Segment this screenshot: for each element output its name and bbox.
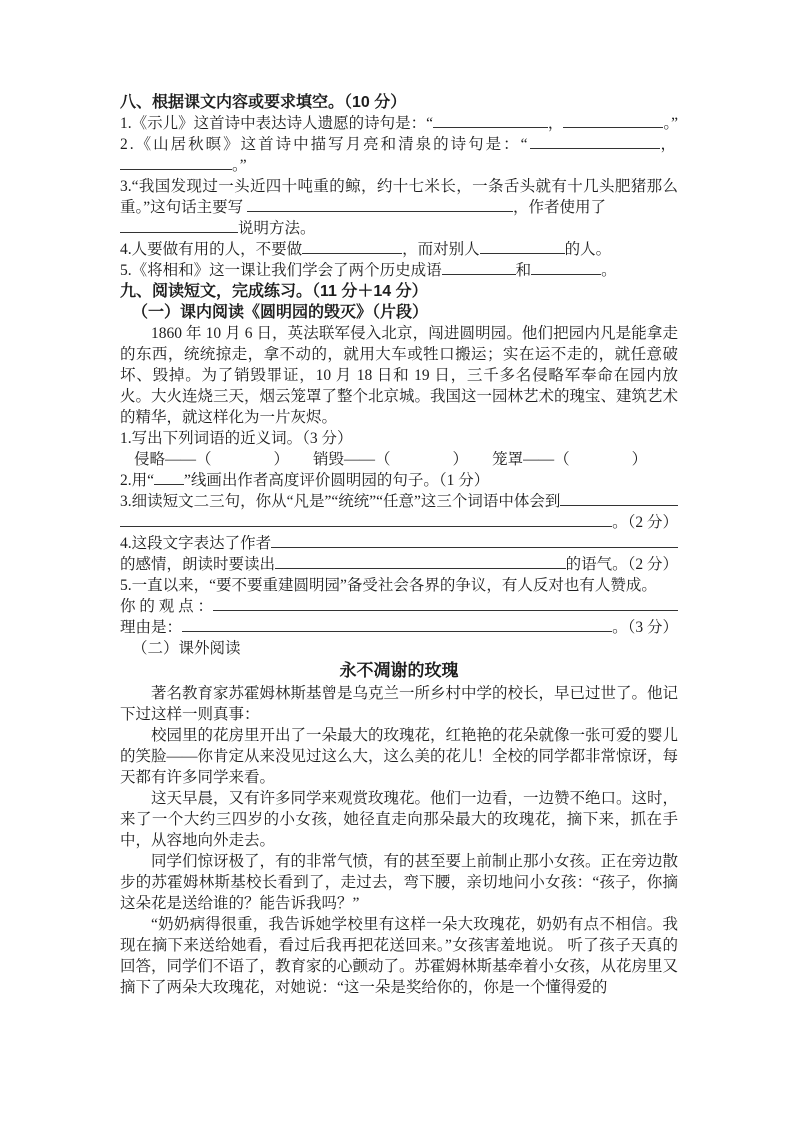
rq1-synonyms: 1.写出下列词语的近义词。（3 分） — [120, 428, 678, 449]
yuanmingyuan-paragraph: 1860 年 10 月 6 日，英法联军侵入北京，闯进圆明园。他们把园内凡是能拿… — [120, 323, 678, 428]
fill-in-blank — [182, 618, 612, 632]
text-run: 的人。 — [565, 241, 612, 258]
text-run: 4.这段文字表达了作者 — [120, 533, 271, 554]
text-run: （一）课内阅读《圆明园的毁灭》（片段） — [132, 304, 428, 321]
text-run: 你 的 观 点 ： — [120, 596, 213, 617]
rose-para-3: 这天早晨，又有许多同学来观赏玫瑰花。他们一边看，一边赞不绝口。这时，来了一个大约… — [120, 788, 678, 851]
rq4-feeling-line1: 4.这段文字表达了作者 — [120, 533, 678, 554]
text-run: ， — [548, 113, 564, 134]
fill-in-blank — [271, 534, 678, 548]
q4-useful-person: 4.人要做有用的人，不要做，而对别人的人。 — [120, 239, 678, 260]
text-run: 3.细读短文二三句，你从“凡是”“统统”“任意”这三个词语中体会到 — [120, 491, 560, 512]
text-run: 八、根据课文内容或要求填空。（10 分） — [120, 94, 406, 111]
text-run: 销毁——（ — [313, 451, 391, 468]
text-run: 侵略——（ — [134, 451, 212, 468]
rq1-synonym-pairs: 侵略——（）销毁——（）笼罩——（） — [120, 449, 678, 470]
fill-in-blank — [120, 513, 612, 527]
text-run: ， — [660, 134, 678, 155]
rose-para-4: 同学们惊讶极了，有的非常气愤，有的甚至要上前制止那小女孩。正在旁边散步的苏霍姆林… — [120, 851, 678, 914]
text-run: “奶奶病得很重，我告诉她学校里有这样一朵大玫瑰花，奶奶有点不相信。我现在摘下来送… — [120, 916, 678, 996]
fill-in-blank — [154, 472, 184, 485]
text-run: 九、阅读短文，完成练习。（11 分＋14 分） — [120, 283, 428, 300]
rq2-underline-sentence: 2.用“”线画出作者高度评价圆明园的句子。（1 分） — [120, 470, 678, 491]
text-run: 和 — [516, 262, 532, 279]
fill-in-blank — [531, 262, 601, 275]
fill-in-blank — [120, 220, 238, 233]
fill-in-blank — [247, 199, 513, 212]
text-run: 1.《示儿》这首诗中表达诗人遗愿的诗句是：“ — [120, 113, 433, 134]
text-run: ） — [274, 451, 290, 468]
fill-in-blank — [433, 114, 548, 128]
rq5-reason: 理由是： 。（3 分） — [120, 617, 678, 638]
fill-in-blank — [302, 241, 402, 254]
text-run: 的感情，朗读时要读出 — [120, 554, 275, 575]
text-run: 著名教育家苏霍姆林斯基曾是乌克兰一所乡村中学的校长，早已过世了。他记下过这样一则… — [120, 685, 678, 723]
text-run: 说明方法。 — [238, 220, 316, 237]
section-eight-heading: 八、根据课文内容或要求填空。（10 分） — [120, 92, 678, 113]
fill-in-blank — [275, 555, 566, 569]
q3-whale-line3: 说明方法。 — [120, 218, 678, 239]
answer-space — [212, 462, 274, 464]
q5-jiangxianghe: 5.《将相和》这一课让我们学会了两个历史成语和。 — [120, 260, 678, 281]
q1-shier: 1.《示儿》这首诗中表达诗人遗愿的诗句是：“，。” — [120, 113, 678, 134]
text-run: ”线画出作者高度评价圆明园的句子。（1 分） — [184, 472, 489, 489]
document-page: 八、根据课文内容或要求填空。（10 分）1.《示儿》这首诗中表达诗人遗愿的诗句是… — [120, 92, 678, 998]
fill-in-blank — [530, 135, 661, 149]
text-run: ，而对别人 — [402, 241, 480, 258]
text-run: 笼罩——（ — [492, 451, 570, 468]
text-run: 4.人要做有用的人，不要做 — [120, 241, 302, 258]
text-run: （二）课外阅读 — [132, 640, 241, 657]
q2-shanjuqiuming-line1: 2.《山居秋暝》这首诗中描写月亮和清泉的诗句是：“， — [120, 134, 678, 155]
rose-para-2: 校园里的花房里开出了一朵最大的玫瑰花，红艳艳的花朵就像一张可爱的婴儿的笑脸——你… — [120, 725, 678, 788]
answer-space — [570, 462, 632, 464]
q2-shanjuqiuming-line2: 。” — [120, 155, 678, 176]
text-run: 1.写出下列词语的近义词。（3 分） — [120, 430, 353, 447]
fill-in-blank — [213, 597, 678, 611]
answer-space — [289, 462, 313, 464]
text-run: 校园里的花房里开出了一朵最大的玫瑰花，红艳艳的花朵就像一张可爱的婴儿的笑脸——你… — [120, 727, 678, 786]
rq5-opinion: 你 的 观 点 ： — [120, 596, 678, 617]
part-two-heading: （二）课外阅读 — [120, 638, 678, 659]
text-run: ） — [632, 451, 648, 468]
text-run: ，作者使用了 — [513, 199, 606, 216]
rq5-debate: 5.一直以来，“要不要重建圆明园”备受社会各界的争议，有人反对也有人赞成。 — [120, 575, 678, 596]
q3-whale: 3.“我国发现过一头近四十吨重的鲸，约十七米长，一条舌头就有十几头肥猪那么重。”… — [120, 176, 678, 218]
fill-in-blank — [563, 114, 663, 128]
fill-in-blank — [442, 262, 516, 275]
text-run: 2.用“ — [120, 472, 154, 489]
text-run: 2.《山居秋暝》这首诗中描写月亮和清泉的诗句是：“ — [120, 134, 530, 155]
text-run: 5.《将相和》这一课让我们学会了两个历史成语 — [120, 262, 442, 279]
text-run: 这天早晨，又有许多同学来观赏玫瑰花。他们一边看，一边赞不绝口。这时，来了一个大约… — [120, 790, 678, 849]
part-one-heading: （一）课内阅读《圆明园的毁灭》（片段） — [120, 302, 678, 323]
text-run: 的语气。（2 分） — [566, 554, 678, 575]
rose-title: 永不凋谢的玫瑰 — [120, 659, 678, 683]
answer-space — [391, 462, 453, 464]
answer-space — [468, 462, 492, 464]
text-run: 1860 年 10 月 6 日，英法联军侵入北京，闯进圆明园。他们把园内凡是能拿… — [120, 325, 678, 426]
rose-para-5: “奶奶病得很重，我告诉她学校里有这样一朵大玫瑰花，奶奶有点不相信。我现在摘下来送… — [120, 914, 678, 998]
fill-in-blank — [560, 492, 678, 506]
rose-para-1: 著名教育家苏霍姆林斯基曾是乌克兰一所乡村中学的校长，早已过世了。他记下过这样一则… — [120, 683, 678, 725]
text-run: 。（2 分） — [612, 512, 678, 533]
text-run: 。” — [232, 157, 247, 174]
rq3-words-line1: 3.细读短文二三句，你从“凡是”“统统”“任意”这三个词语中体会到 — [120, 491, 678, 512]
fill-in-blank — [480, 241, 565, 254]
text-run: 理由是： — [120, 617, 182, 638]
text-run: 5.一直以来，“要不要重建圆明园”备受社会各界的争议，有人反对也有人赞成。 — [120, 577, 657, 594]
text-run: 永不凋谢的玫瑰 — [340, 661, 459, 680]
section-nine-heading: 九、阅读短文，完成练习。（11 分＋14 分） — [120, 281, 678, 302]
text-run: 。（3 分） — [612, 617, 678, 638]
fill-in-blank — [120, 157, 232, 170]
text-run: 同学们惊讶极了，有的非常气愤，有的甚至要上前制止那小女孩。正在旁边散步的苏霍姆林… — [120, 853, 678, 912]
rq3-words-line2: 。（2 分） — [120, 512, 678, 533]
text-run: 。” — [663, 113, 678, 134]
rq4-feeling-line2: 的感情，朗读时要读出的语气。（2 分） — [120, 554, 678, 575]
text-run: ） — [453, 451, 469, 468]
text-run: 。 — [601, 262, 617, 279]
